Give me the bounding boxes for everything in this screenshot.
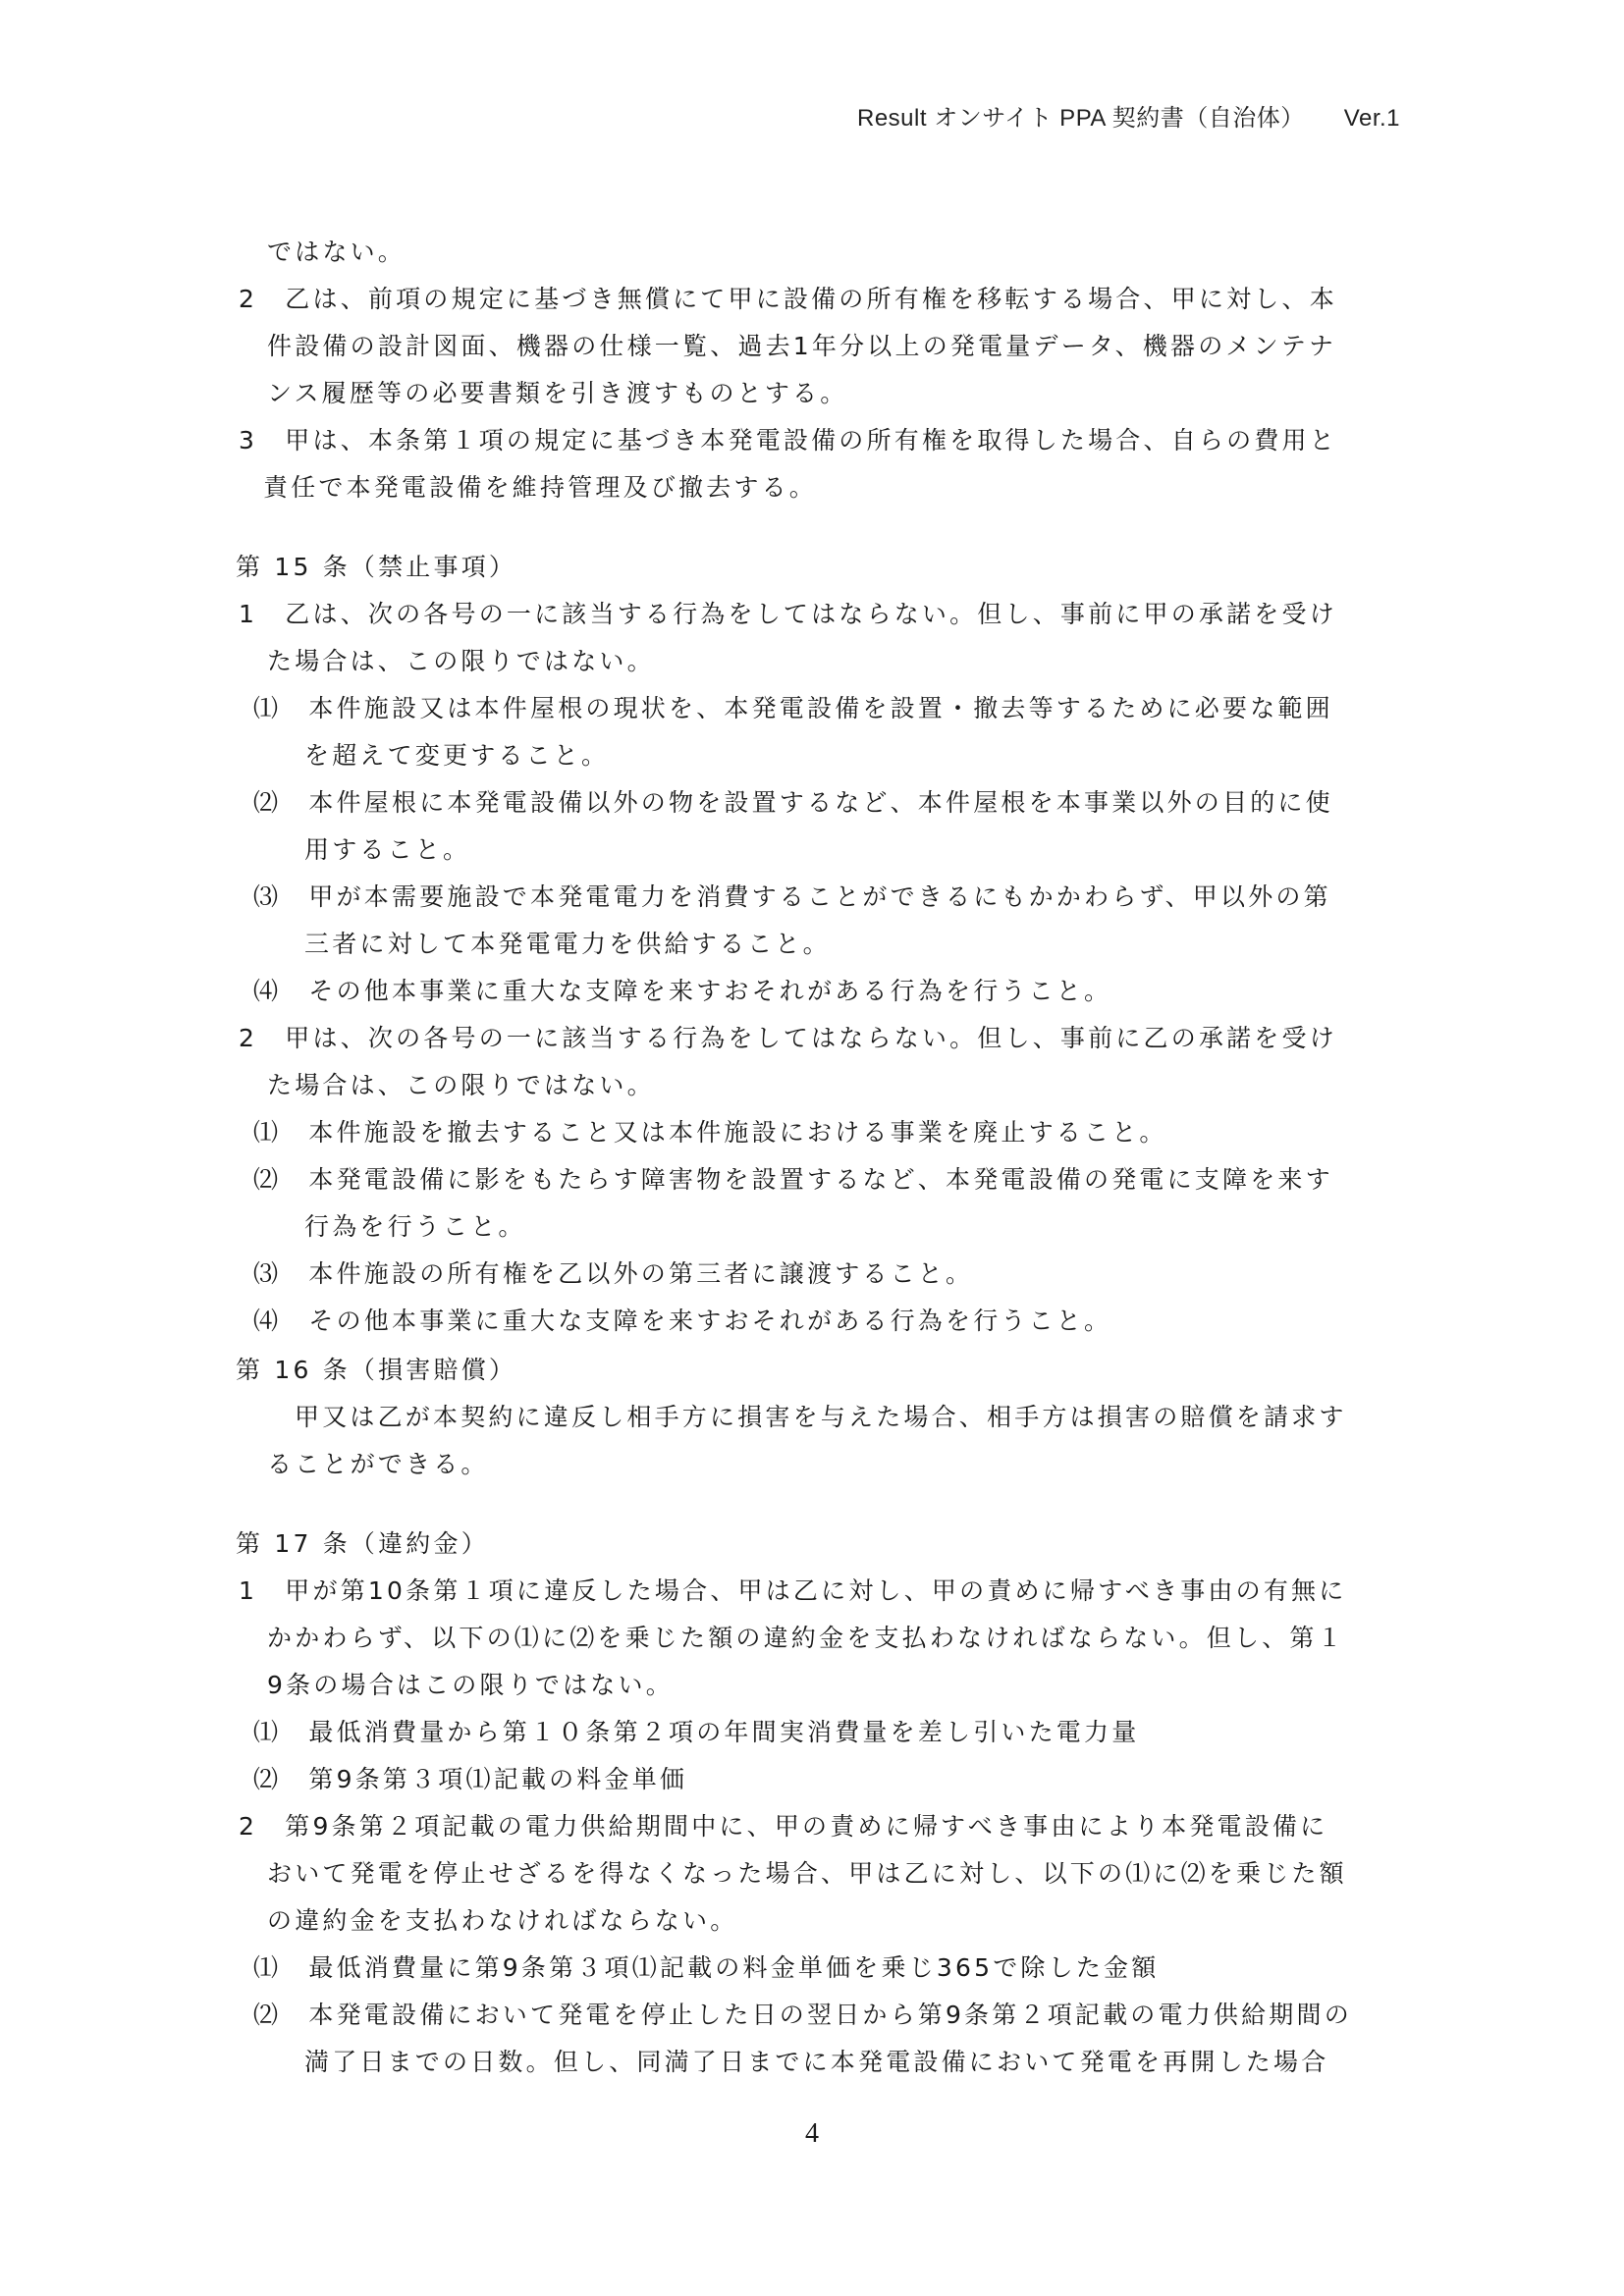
text-line: 2 乙は、前項の規定に基づき無償にて甲に設備の所有権を移転する場合、甲に対し、本 (239, 285, 1337, 314)
text-line: ることができる。 (267, 1450, 489, 1479)
article-heading: 第 17 条（違約金） (236, 1529, 489, 1559)
text-line: 1 乙は、次の各号の一に該当する行為をしてはならない。但し、事前に甲の承諾を受け (239, 600, 1337, 629)
page-number: 4 (0, 2118, 1624, 2150)
text-line: ⑶ 甲が本需要施設で本発電電力を消費することができるにもかかわらず、甲以外の第 (253, 882, 1331, 912)
text-line: ⑴ 本件施設を撤去すること又は本件施設における事業を廃止すること。 (253, 1118, 1167, 1148)
text-line: た場合は、この限りではない。 (267, 1071, 655, 1100)
text-line: た場合は、この限りではない。 (267, 647, 655, 676)
text-line: かかわらず、以下の⑴に⑵を乗じた額の違約金を支払わなければならない。但し、第１ (267, 1624, 1345, 1653)
text-line: 9条の場合はこの限りではない。 (267, 1671, 674, 1700)
text-line: 満了日までの日数。但し、同満了日までに本発電設備において発電を再開した場合 (304, 2048, 1328, 2077)
text-line: 2 甲は、次の各号の一に該当する行為をしてはならない。但し、事前に乙の承諾を受け (239, 1024, 1337, 1053)
text-line: ⑵ 第9条第３項⑴記載の料金単価 (253, 1765, 687, 1794)
text-line: ⑷ その他本事業に重大な支障を来すおそれがある行為を行うこと。 (253, 1307, 1111, 1336)
text-line: 責任で本発電設備を維持管理及び撤去する。 (263, 473, 817, 503)
text-line: 三者に対して本発電電力を供給すること。 (304, 930, 831, 959)
text-line: おいて発電を停止せざるを得なくなった場合、甲は乙に対し、以下の⑴に⑵を乗じた額 (267, 1859, 1347, 1889)
text-line: を超えて変更すること。 (304, 741, 609, 771)
text-line: ではない。 (267, 238, 406, 267)
text-line: ⑵ 本件屋根に本発電設備以外の物を設置するなど、本件屋根を本事業以外の目的に使 (253, 788, 1333, 818)
text-line: 用すること。 (304, 835, 470, 865)
text-line: ⑶ 本件施設の所有権を乙以外の第三者に譲渡すること。 (253, 1259, 973, 1289)
text-line: ⑴ 最低消費量に第9条第３項⑴記載の料金単価を乗じ365で除した金額 (253, 1953, 1159, 1983)
text-line: ⑴ 本件施設又は本件屋根の現状を、本発電設備を設置・撤去等するために必要な範囲 (253, 694, 1333, 723)
text-line: 1 甲が第10条第１項に違反した場合、甲は乙に対し、甲の責めに帰すべき事由の有無… (239, 1576, 1346, 1606)
text-line: 3 甲は、本条第１項の規定に基づき本発電設備の所有権を取得した場合、自らの費用と (239, 426, 1337, 455)
article-heading: 第 16 条（損害賠償） (236, 1356, 516, 1385)
text-line: 2 第9条第２項記載の電力供給期間中に、甲の責めに帰すべき事由により本発電設備に (239, 1812, 1327, 1842)
text-line: ⑵ 本発電設備に影をもたらす障害物を設置するなど、本発電設備の発電に支障を来す (253, 1165, 1333, 1195)
text-line: 甲又は乙が本契約に違反し相手方に損害を与えた場合、相手方は損害の賠償を請求す (295, 1403, 1347, 1432)
text-line: ⑵ 本発電設備において発電を停止した日の翌日から第9条第２項記載の電力供給期間の (253, 2001, 1352, 2030)
text-line: の違約金を支払わなければならない。 (267, 1906, 737, 1936)
text-line: ⑴ 最低消費量から第１０条第２項の年間実消費量を差し引いた電力量 (253, 1718, 1139, 1747)
document-title: Result オンサイト PPA 契約書（自治体） (857, 105, 1305, 132)
text-line: 行為を行うこと。 (304, 1212, 526, 1242)
text-line: ンス履歴等の必要書類を引き渡すものとする。 (267, 379, 847, 408)
document-version: Ver.1 (1344, 105, 1400, 132)
text-line: ⑷ その他本事業に重大な支障を来すおそれがある行為を行うこと。 (253, 977, 1111, 1006)
text-line: 件設備の設計図面、機器の仕様一覧、過去1年分以上の発電量データ、機器のメンテナ (267, 332, 1336, 361)
running-header: Result オンサイト PPA 契約書（自治体）Ver.1 (857, 98, 1400, 133)
article-heading: 第 15 条（禁止事項） (236, 553, 516, 582)
